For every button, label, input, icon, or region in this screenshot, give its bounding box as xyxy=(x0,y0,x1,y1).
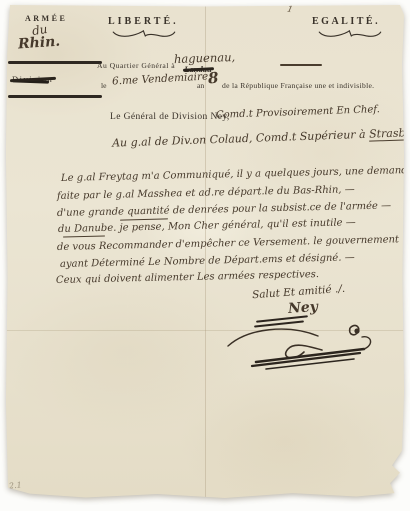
signature-ney: Ney xyxy=(287,299,318,317)
dateline-quartier: Au Quartier Général à xyxy=(97,61,175,70)
body-line: ayant Déterminé Le Nombre de Départ.ems … xyxy=(60,252,355,270)
recipient-place-underlined: Strasbourg. xyxy=(369,125,410,141)
body-line: Le g.al Freytag m'a Communiqué, il y a q… xyxy=(61,165,410,184)
body-line: Ceux qui doivent alimenter Les armées re… xyxy=(56,269,319,286)
recipient-line: Au g.al de Div.on Colaud, Comd.t Supérie… xyxy=(112,125,410,149)
top-ink-mark: 1 xyxy=(286,5,294,16)
sender-printed: Le Général de Division Ney, xyxy=(110,112,230,122)
letter-paper: ARMÉE du Rhin. Division LIBERTÉ. EGALITÉ… xyxy=(6,5,404,500)
liberte-label: LIBERTÉ. xyxy=(108,16,179,27)
letterhead-rule-top xyxy=(8,61,102,64)
year-handwritten: 8 xyxy=(207,69,219,88)
paper-wrap: ARMÉE du Rhin. Division LIBERTÉ. EGALITÉ… xyxy=(6,5,404,500)
pencil-annotation: 2.1 xyxy=(9,480,23,490)
dateline-le: le xyxy=(101,81,106,90)
body-line: d'une grande quantité de denrées pour la… xyxy=(57,200,391,219)
underline-quantite xyxy=(120,218,168,220)
dateline-an: an xyxy=(197,81,204,90)
signature-salut: Salut Et amitié ./. xyxy=(252,283,346,301)
division-label-struck: Division xyxy=(12,74,53,84)
egalite-label: EGALITÉ. xyxy=(312,16,380,27)
sender-handwritten: Comd.t Provisoirement En Chef. xyxy=(216,104,380,121)
dateline-dash xyxy=(280,64,322,66)
date-handwritten: 6.me Vendemiaire xyxy=(112,70,209,87)
document-photo: ARMÉE du Rhin. Division LIBERTÉ. EGALITÉ… xyxy=(0,0,410,511)
swash-ornament-egalite xyxy=(318,29,382,39)
body-line: du Danube. je pense, Mon Cher général, q… xyxy=(58,217,356,235)
swash-ornament-liberte xyxy=(112,29,176,39)
body-line: de vous Recommander d'empêcher ce Versem… xyxy=(57,234,399,253)
letterhead-rule-bottom xyxy=(8,95,102,98)
place-handwritten: haguenau, xyxy=(174,50,236,66)
recipient-text: Au g.al de Div.on Colaud, Comd.t Supérie… xyxy=(112,128,369,150)
signature-paraph-flourish xyxy=(226,322,376,370)
armee-unit-rhin: Rhin. xyxy=(17,34,60,53)
underline-danube xyxy=(63,235,105,237)
dateline-republique: de la République Française une et indivi… xyxy=(222,81,374,90)
